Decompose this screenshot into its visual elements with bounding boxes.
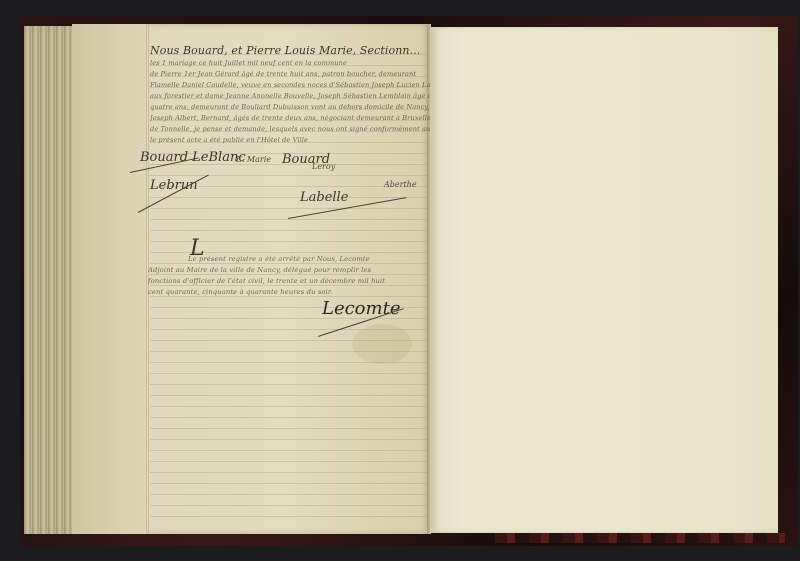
page-edges-stack — [24, 26, 75, 534]
cover-marbled-edge — [495, 533, 785, 543]
entry-line: le présent acte a été publié en l'Hôtel … — [150, 135, 430, 146]
note-line: cent quarante, cinquante à quarante heur… — [148, 287, 430, 298]
left-page-blank-margin — [72, 24, 147, 534]
signature: Labelle — [300, 190, 348, 205]
note-line: Adjoint au Maire de la ville de Nancy, d… — [148, 265, 430, 276]
right-page-blank — [430, 27, 778, 533]
signature: E. Marie — [236, 155, 271, 164]
entry-line: de Tonnelle, je pense et demande, lesque… — [150, 124, 430, 135]
note-line: fonctions d'officier de l'état civil, le… — [148, 276, 430, 287]
signature: Lebrun — [150, 178, 198, 193]
signature: Leroy — [312, 162, 335, 171]
note-line: Le présent registre a été arrêté par Nou… — [148, 254, 430, 265]
mayor-signature: Lecomte — [322, 298, 400, 319]
paper-stain — [352, 324, 412, 364]
entry-line: de Pierre 1er Jean Gérard âgé de trente … — [150, 69, 430, 80]
closing-note: Le présent registre a été arrêté par Nou… — [148, 254, 430, 298]
entry-line: Flamelle Daniel Coudelle, veuve en secon… — [150, 80, 430, 91]
signature: Aberthe — [384, 180, 417, 189]
entry-heading: Nous Bouard, et Pierre Louis Marie, Sect… — [150, 44, 430, 58]
entry-line: aux forestier et dame Jeanne Anonelle Bo… — [150, 91, 430, 102]
entry-line: quatre ans, demeurant de Bouliard Dubuis… — [150, 102, 430, 113]
entry-line: les 1 mariage ce huit Juillet mil neuf c… — [150, 58, 430, 69]
register-entry: Nous Bouard, et Pierre Louis Marie, Sect… — [150, 44, 430, 146]
entry-line: Joseph Albert, Bernard, âgés de trente d… — [150, 113, 430, 124]
